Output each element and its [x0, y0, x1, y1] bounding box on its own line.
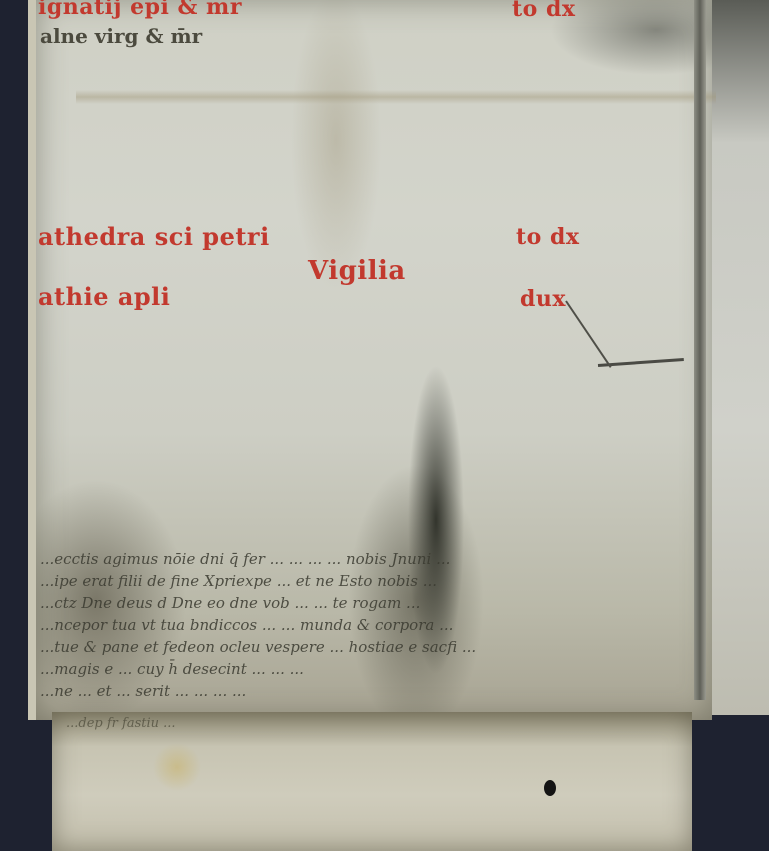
rubric-mathie: athie apli — [38, 282, 170, 311]
lower-flap — [52, 712, 692, 851]
text-line: ...magis e ... cuy h̄ desecint ... ... .… — [40, 658, 640, 680]
rubric-top-1-right: to dx — [512, 0, 576, 22]
text-line: ...tue & pane et fedeon ocleu vespere ..… — [40, 636, 640, 658]
text-line: ...ipe erat filii de fine Xpriexpe ... e… — [40, 570, 640, 592]
text-line: ...ctz Dne deus d Dne eo dne vob ... ...… — [40, 592, 640, 614]
fold-line — [76, 90, 716, 104]
worm-hole — [544, 780, 556, 796]
rubric-vigilia: Vigilia — [308, 256, 406, 286]
rubric-top-2: alne virg & m̄r — [40, 24, 202, 48]
cursive-text-block: ...ecctis agimus nōie dni q̄ fer ... ...… — [40, 548, 640, 702]
adjacent-leaf — [706, 0, 769, 715]
flap-text: ...dep fr fastiu ... — [66, 716, 176, 731]
text-line: ...ncepor tua vt tua bndiccos ... ... mu… — [40, 614, 640, 636]
rubric-top-1: ignatij epi & m̄r — [38, 0, 242, 20]
manuscript-photo: ignatij epi & m̄r to dx alne virg & m̄r … — [0, 0, 769, 851]
text-line: ...ne ... et ... serit ... ... ... ... — [40, 680, 640, 702]
rubric-cathedra-right: to dx — [516, 224, 580, 250]
rubric-cathedra: athedra sci petri — [38, 222, 270, 251]
rubric-mathie-right: dux — [520, 286, 566, 312]
folio-gutter — [694, 0, 706, 700]
text-line: ...ecctis agimus nōie dni q̄ fer ... ...… — [40, 548, 640, 570]
